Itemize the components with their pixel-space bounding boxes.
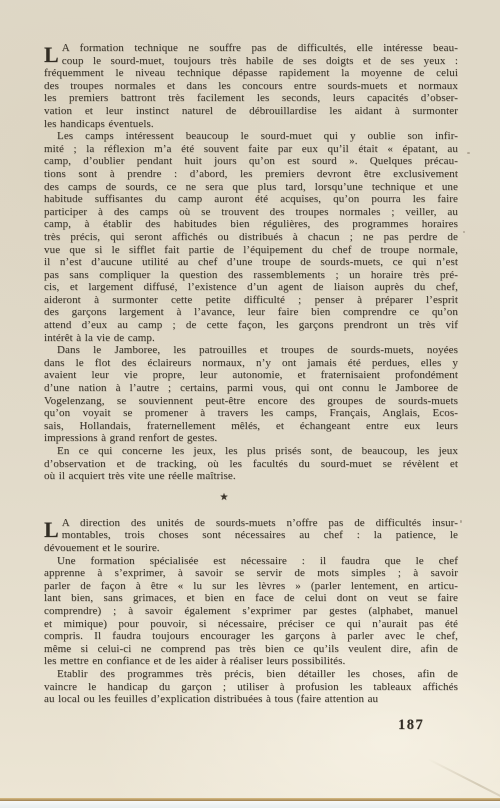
scanner-background xyxy=(0,801,500,808)
text-line: au local ou les feuilles d’explication d… xyxy=(44,693,458,706)
text-line: habitude suffisantes du camp auront été … xyxy=(44,193,458,206)
text-line: d’observation et de tracking, où les fac… xyxy=(44,458,458,471)
text-line: très précis, qui seront affichés ou dist… xyxy=(44,231,458,244)
text-line: cis, et largement diffusé, l’existence d… xyxy=(44,281,458,294)
paragraph: En ce qui concerne les jeux, les plus pr… xyxy=(44,445,458,483)
text-line: dans le flot des éclaireurs normaux, n’y… xyxy=(44,357,458,370)
text-line: impressions à grand renfort de gestes. xyxy=(44,432,458,445)
star-icon: ★ xyxy=(219,492,228,504)
scanned-page: LA formation technique ne souffre pas de… xyxy=(0,0,500,808)
text-line: avaient leur vie propre, leur autonomie,… xyxy=(44,369,458,382)
text-line: vaincre le handicap du garçon ; utiliser… xyxy=(44,681,458,694)
text-line: A formation technique ne souffre pas de … xyxy=(44,42,458,55)
text-line: sais, Hollandais, fraternellement mêlés,… xyxy=(44,420,458,433)
text-line: des troupes normales et dans les concour… xyxy=(44,80,458,93)
text-line: intérêt à la vie de camp. xyxy=(44,332,458,345)
text-line: Les camps intéressent beaucoup le sourd-… xyxy=(44,130,458,143)
paragraph: Une formation spécialisée est nécessaire… xyxy=(44,555,458,668)
scan-speck xyxy=(460,520,462,523)
text-line: dévouement et le sourire. xyxy=(44,542,458,555)
text-line: Vogelenzang, se souviennent peut-être en… xyxy=(44,395,458,408)
text-line: fréquemment le niveau technique dépasse … xyxy=(44,67,458,80)
text-block: LA formation technique ne souffre pas de… xyxy=(44,42,458,706)
text-line: En ce qui concerne les jeux, les plus pr… xyxy=(44,445,458,458)
text-line: attend d’eux au camp ; de cette façon, l… xyxy=(44,319,458,332)
text-line: Dans le Jamboree, les patrouilles et tro… xyxy=(44,344,458,357)
paper-background: LA formation technique ne souffre pas de… xyxy=(0,0,500,798)
text-line: les handicaps éventuels. xyxy=(44,118,458,131)
text-line: les mettre en confiance et de les aider … xyxy=(44,655,458,668)
text-line: d’une nation à l’autre ; certains, parmi… xyxy=(44,382,458,395)
text-line: camp, d’oublier pendant huit jours qu’on… xyxy=(44,155,458,168)
text-line: tions sont à prendre : d’abord, les prem… xyxy=(44,168,458,181)
text-line: comprendre) ; à savoir également s’expri… xyxy=(44,605,458,618)
text-line: montables, trois choses sont nécessaires… xyxy=(44,529,458,542)
text-line: même si celui-ci ne comprend pas très bi… xyxy=(44,643,458,656)
text-line: qu’on voyait se promener à travers les c… xyxy=(44,407,458,420)
text-line: des camps de sourds, ce ne sera que plus… xyxy=(44,181,458,194)
paragraph: Les camps intéressent beaucoup le sourd-… xyxy=(44,130,458,344)
text-line: Une formation spécialisée est nécessaire… xyxy=(44,555,458,568)
paragraph: LA formation technique ne souffre pas de… xyxy=(44,42,458,130)
text-line: coup le sourd-muet, toujours très habile… xyxy=(44,55,458,68)
text-line: vation et leur instinct naturel de débro… xyxy=(44,105,458,118)
paragraph: Dans le Jamboree, les patrouilles et tro… xyxy=(44,344,458,445)
page-number: 187 xyxy=(398,717,424,734)
scan-speck xyxy=(467,152,470,154)
text-line: apprenne à s’exprimer, à savoir se servi… xyxy=(44,567,458,580)
paragraph: LA direction des unités de sourds-muets … xyxy=(44,517,458,555)
scan-speck xyxy=(463,231,465,233)
text-line: les premiers battront très facilement le… xyxy=(44,92,458,105)
text-line: aideront à surmonter cette petite diffic… xyxy=(44,294,458,307)
section-separator: ★ xyxy=(44,492,458,504)
text-line: où il acquiert très vite une réelle maît… xyxy=(44,470,458,483)
text-line: lant bien, sans grimaces, et bien en fac… xyxy=(44,592,458,605)
text-line: vue que si le sifflet fait partie de l’é… xyxy=(44,244,458,257)
dropcap-letter: L xyxy=(44,42,62,67)
text-line: parler de façon à être « lu sur les lèvr… xyxy=(44,580,458,593)
text-line: compris. Il faudra toujours encourager l… xyxy=(44,630,458,643)
text-line: pas sans compliquer la question des rass… xyxy=(44,269,458,282)
text-line: participer à des camps où se trouvent de… xyxy=(44,206,458,219)
text-line: il n’est d’aucune utilité au chef d’une … xyxy=(44,256,458,269)
text-line: mité ; la réflexion m’a été souvent fait… xyxy=(44,143,458,156)
text-line: et mimique) pour pouvoir, si nécessaire,… xyxy=(44,618,458,631)
text-line: camp, à établir des habitudes bien régul… xyxy=(44,218,458,231)
text-line: Etablir des programmes très précis, bien… xyxy=(44,668,458,681)
dropcap-letter: L xyxy=(44,517,62,542)
paragraph: Etablir des programmes très précis, bien… xyxy=(44,668,458,706)
text-line: A direction des unités de sourds-muets n… xyxy=(44,517,458,530)
text-line: des garçons largement à l’avance, leur f… xyxy=(44,306,458,319)
